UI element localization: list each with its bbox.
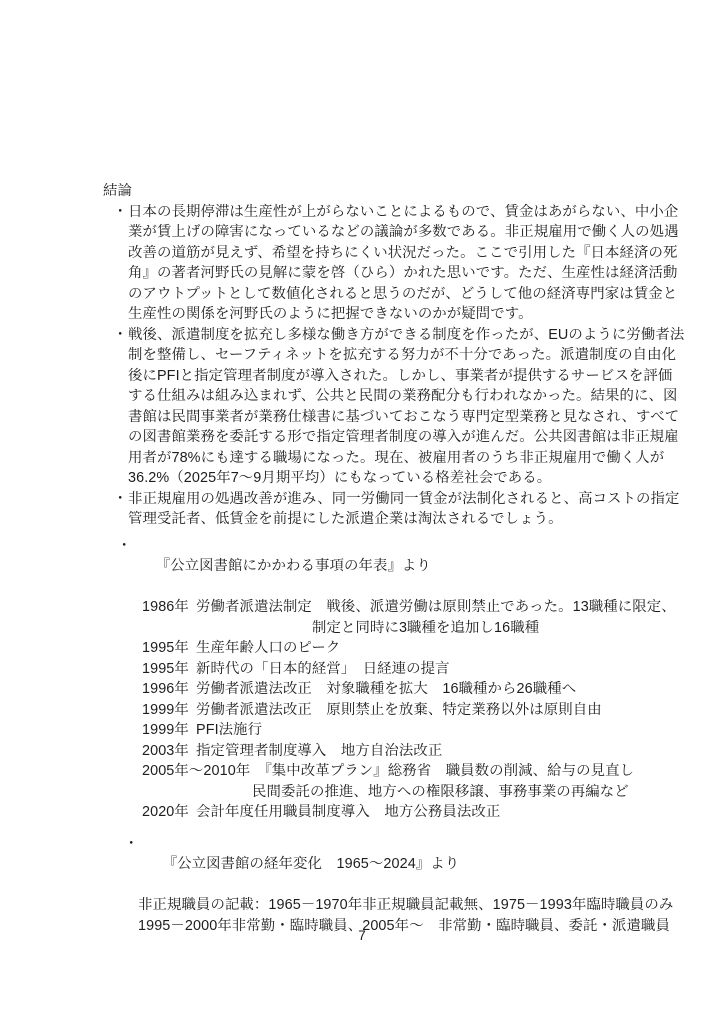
timeline-entry: 1999年 労働者派遣法改正 原則禁止を放棄、特定業務以外は原則自由 xyxy=(142,700,663,721)
timeline-text: 労働者派遣法改正 対象職種を拡大 16職種から26職種へ xyxy=(196,679,576,700)
section-title: 結論 xyxy=(103,181,663,202)
document-page: { "colors": { "background": "#ffffff", "… xyxy=(0,0,724,1024)
timeline-entry: 1995年 新時代の「日本的経営」 日経連の提言 xyxy=(142,659,663,680)
timeline-year: 2005年～2010年 xyxy=(142,761,257,782)
bullet-marker: ・ xyxy=(113,325,128,346)
timeline-year: 1986年 xyxy=(142,597,196,618)
timeline-entry: 1999年 PFI法施行 xyxy=(142,720,663,741)
timeline-section: ・『公立図書館にかかわる事項の年表』より 1986年 労働者派遣法制定 戦後、派… xyxy=(103,536,663,823)
bullet-paragraph: ・ 日本の長期停滞は生産性が上がらないことによるもので、賃金はあがらない、中小企… xyxy=(103,202,663,325)
timeline-entry: 2005年～2010年 『集中改革プラン』総務省 職員数の削減、給与の見直し xyxy=(142,761,663,782)
paragraph-text: 日本の長期停滞は生産性が上がらないことによるもので、賃金はあがらない、中小企 業… xyxy=(128,202,663,325)
timeline-text: 会計年度任用職員制度導入 地方公務員法改正 xyxy=(196,802,500,823)
paragraph-text: 戦後、派遣制度を拡充し多様な働き方ができる制度を作ったが、EUのように労働者法 … xyxy=(128,325,663,489)
timeline-text: 『集中改革プラン』総務省 職員数の削減、給与の見直し xyxy=(257,761,634,782)
timeline-year: 1999年 xyxy=(142,700,196,721)
chronology-heading: ・『公立図書館の経年変化 1965～2024』より xyxy=(103,834,663,896)
timeline-year: 1999年 xyxy=(142,720,196,741)
timeline-text: 労働者派遣法改正 原則禁止を放棄、特定業務以外は原則自由 xyxy=(196,700,602,721)
timeline-text: PFI法施行 xyxy=(196,720,262,741)
timeline-entry: 2020年 会計年度任用職員制度導入 地方公務員法改正 xyxy=(142,802,663,823)
bullet-marker: ・ xyxy=(113,489,128,510)
timeline-text: 指定管理者制度導入 地方自治法改正 xyxy=(196,741,442,762)
chronology-line: 非正規職員の記載：1965－1970年非正規職員記載無、1975－1993年臨時… xyxy=(138,895,663,916)
bullet-marker: ・ xyxy=(117,536,132,557)
timeline-year: 1995年 xyxy=(142,659,196,680)
timeline-year: 2003年 xyxy=(142,741,196,762)
timeline-text: 生産年齢人口のピーク xyxy=(196,638,340,659)
timeline-text: 新時代の「日本的経営」 日経連の提言 xyxy=(196,659,450,680)
chronology-section: ・『公立図書館の経年変化 1965～2024』より 非正規職員の記載：1965－… xyxy=(103,834,663,937)
timeline-year: 1995年 xyxy=(142,638,196,659)
timeline-year: 1996年 xyxy=(142,679,196,700)
paragraph-text: 非正規雇用の処遇改善が進み、同一労働同一賃金が法制化されると、高コストの指定 管… xyxy=(128,489,663,530)
timeline-entry: 1996年 労働者派遣法改正 対象職種を拡大 16職種から26職種へ xyxy=(142,679,663,700)
document-body: 結論 ・ 日本の長期停滞は生産性が上がらないことによるもので、賃金はあがらない、… xyxy=(103,181,663,936)
bullet-marker: ・ xyxy=(113,202,128,223)
timeline-entry: 1995年 生産年齢人口のピーク xyxy=(142,638,663,659)
timeline-entry-continuation: 制定と同時に3職種を追加し16職種 xyxy=(312,618,663,639)
timeline-entry: 2003年 指定管理者制度導入 地方自治法改正 xyxy=(142,741,663,762)
timeline-year: 2020年 xyxy=(142,802,196,823)
timeline-entry: 1986年 労働者派遣法制定 戦後、派遣労働は原則禁止であった。13職種に限定、 xyxy=(142,597,663,618)
timeline-heading: ・『公立図書館にかかわる事項の年表』より xyxy=(103,536,663,598)
bullet-paragraph: ・ 戦後、派遣制度を拡充し多様な働き方ができる制度を作ったが、EUのように労働者… xyxy=(103,325,663,489)
timeline-heading-text: 『公立図書館にかかわる事項の年表』より xyxy=(156,558,431,574)
timeline-text: 労働者派遣法制定 戦後、派遣労働は原則禁止であった。13職種に限定、 xyxy=(196,597,676,618)
timeline-entry-continuation: 民間委託の推進、地方への権限移譲、事務事業の再編など xyxy=(252,782,663,803)
page-number: 7 xyxy=(0,928,724,943)
bullet-paragraph: ・ 非正規雇用の処遇改善が進み、同一労働同一賃金が法制化されると、高コストの指定… xyxy=(103,489,663,530)
bullet-marker: ・ xyxy=(124,834,139,855)
chronology-heading-text: 『公立図書館の経年変化 1965～2024』より xyxy=(163,856,460,872)
